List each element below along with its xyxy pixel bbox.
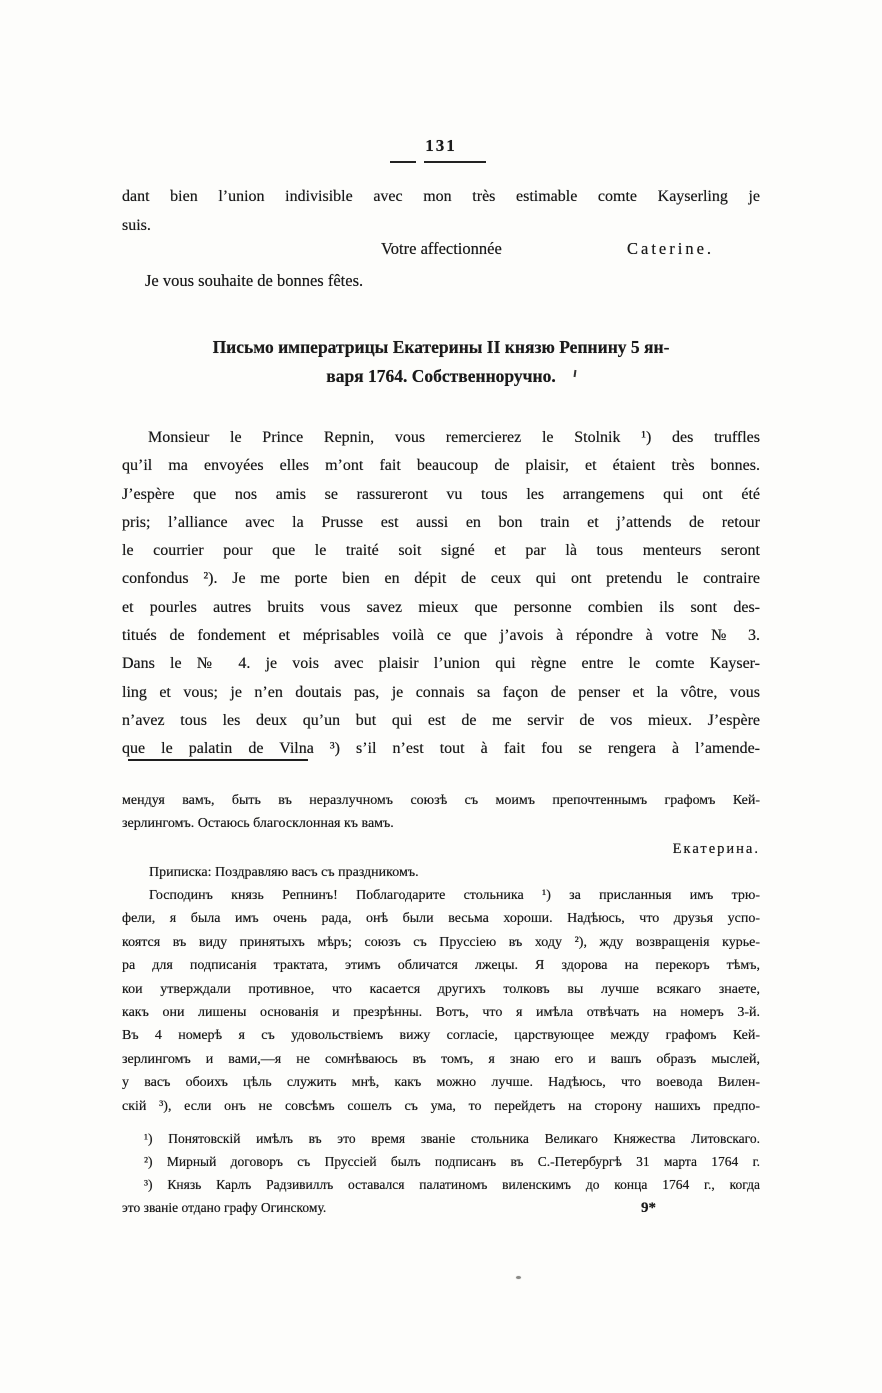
- text-line: pris; l’alliance avec la Prusse est auss…: [122, 509, 760, 537]
- text-line: qu’il ma envoyées elles m’ont fait beauc…: [122, 452, 760, 480]
- text-line: le courrier pour que le traité soit sign…: [122, 537, 760, 565]
- printers-signature-mark: 9*: [641, 1200, 656, 1217]
- text-line: Dans le № 4. je vois avec plaisir l’unio…: [122, 650, 760, 678]
- text-line: ling et vous; je n’en doutais pas, je co…: [122, 679, 760, 707]
- french-letter-end: dant bien l’union indivisible avec mon t…: [122, 182, 760, 240]
- text-line: Въ 4 номерѣ я съ удовольствіемъ вижу сог…: [122, 1024, 760, 1047]
- signature-ekaterina: Екатерина.: [122, 838, 817, 861]
- page-number: 131: [425, 136, 457, 155]
- text-line: Monsieur le Prince Repnin, vous remercie…: [122, 424, 760, 452]
- text-line: J’espère que nos amis se rassureront vu …: [122, 481, 760, 509]
- french-letter-body: Monsieur le Prince Repnin, vous remercie…: [122, 424, 760, 764]
- text-line: ра для подписанія трактата, этимъ облича…: [122, 954, 760, 977]
- text-line: n’avez tous les deux qu’un but qui est d…: [122, 707, 760, 735]
- heading-line: варя 1764. Собственноручно.: [122, 362, 760, 391]
- page-number-underline-right: [424, 161, 486, 163]
- signature-caterine: Caterine.: [627, 239, 714, 259]
- text-line: titués de fondement et méprisables voilà…: [122, 622, 760, 650]
- footnote-separator-rule: [128, 759, 308, 761]
- text-line: зерлингомъ и вами,—я не сомнѣваюсь въ то…: [122, 1048, 760, 1071]
- scanned-book-page: 131 dant bien l’union indivisible avec m…: [0, 0, 882, 1393]
- text-line: фели, я была имъ очень рада, онѣ были ве…: [122, 907, 760, 930]
- footnote-line: ²) Мирный договоръ съ Пруссіей былъ подп…: [122, 1150, 760, 1173]
- valediction-row: Votre affectionnée Caterine.: [122, 239, 760, 269]
- text-line: скій ³), если онъ не совсѣмъ сошелъ съ у…: [122, 1095, 760, 1118]
- russian-postscript: Приписка: Поздравляю васъ съ праздникомъ…: [122, 861, 787, 884]
- footnote-line: ¹) Понятовскій имѣлъ въ это время званіе…: [122, 1127, 760, 1150]
- text-line: какъ они лишены основанія и презрѣнны. В…: [122, 1001, 760, 1024]
- ink-speck: [516, 1276, 521, 1279]
- heading-line: Письмо императрицы Екатерины II князю Ре…: [122, 333, 760, 362]
- russian-translation-body: Господинъ князь Репнинъ! Поблагодарите с…: [122, 884, 760, 1118]
- page-number-underline-left: [390, 161, 416, 163]
- footnotes-block: ¹) Понятовскій имѣлъ въ это время званіе…: [122, 1127, 760, 1219]
- text-line: Господинъ князь Репнинъ! Поблагодарите с…: [122, 884, 760, 907]
- russian-translation-intro: мендуя вамъ, быть въ неразлучномъ союзѣ …: [122, 789, 760, 836]
- text-line: зерлингомъ. Остаюсь благосклонная къ вам…: [122, 812, 760, 835]
- text-line: коятся въ виду принятыхъ мѣръ; союзъ съ …: [122, 931, 760, 954]
- text-line: dant bien l’union indivisible avec mon t…: [122, 182, 760, 211]
- text-line: suis.: [122, 211, 760, 240]
- text-line: confondus ²). Je me porte bien en dépit …: [122, 565, 760, 593]
- page-number-header: 131: [0, 136, 882, 156]
- text-line: мендуя вамъ, быть въ неразлучномъ союзѣ …: [122, 789, 760, 812]
- french-postscript: Je vous souhaite de bonnes fêtes.: [122, 271, 783, 291]
- text-line: у васъ обоихъ цѣль служить мнѣ, какъ мож…: [122, 1071, 760, 1094]
- letter-heading: Письмо императрицы Екатерины II князю Ре…: [122, 333, 760, 391]
- valediction-text: Votre affectionnée: [381, 239, 502, 259]
- footnote-line: это званіе отдано графу Огинскому.: [122, 1196, 760, 1219]
- text-line: et pourles autres bruits vous savez mieu…: [122, 594, 760, 622]
- footnote-line: ³) Князь Карлъ Радзивиллъ оставался пала…: [122, 1173, 760, 1196]
- text-line: кои утверждали противное, что касается д…: [122, 978, 760, 1001]
